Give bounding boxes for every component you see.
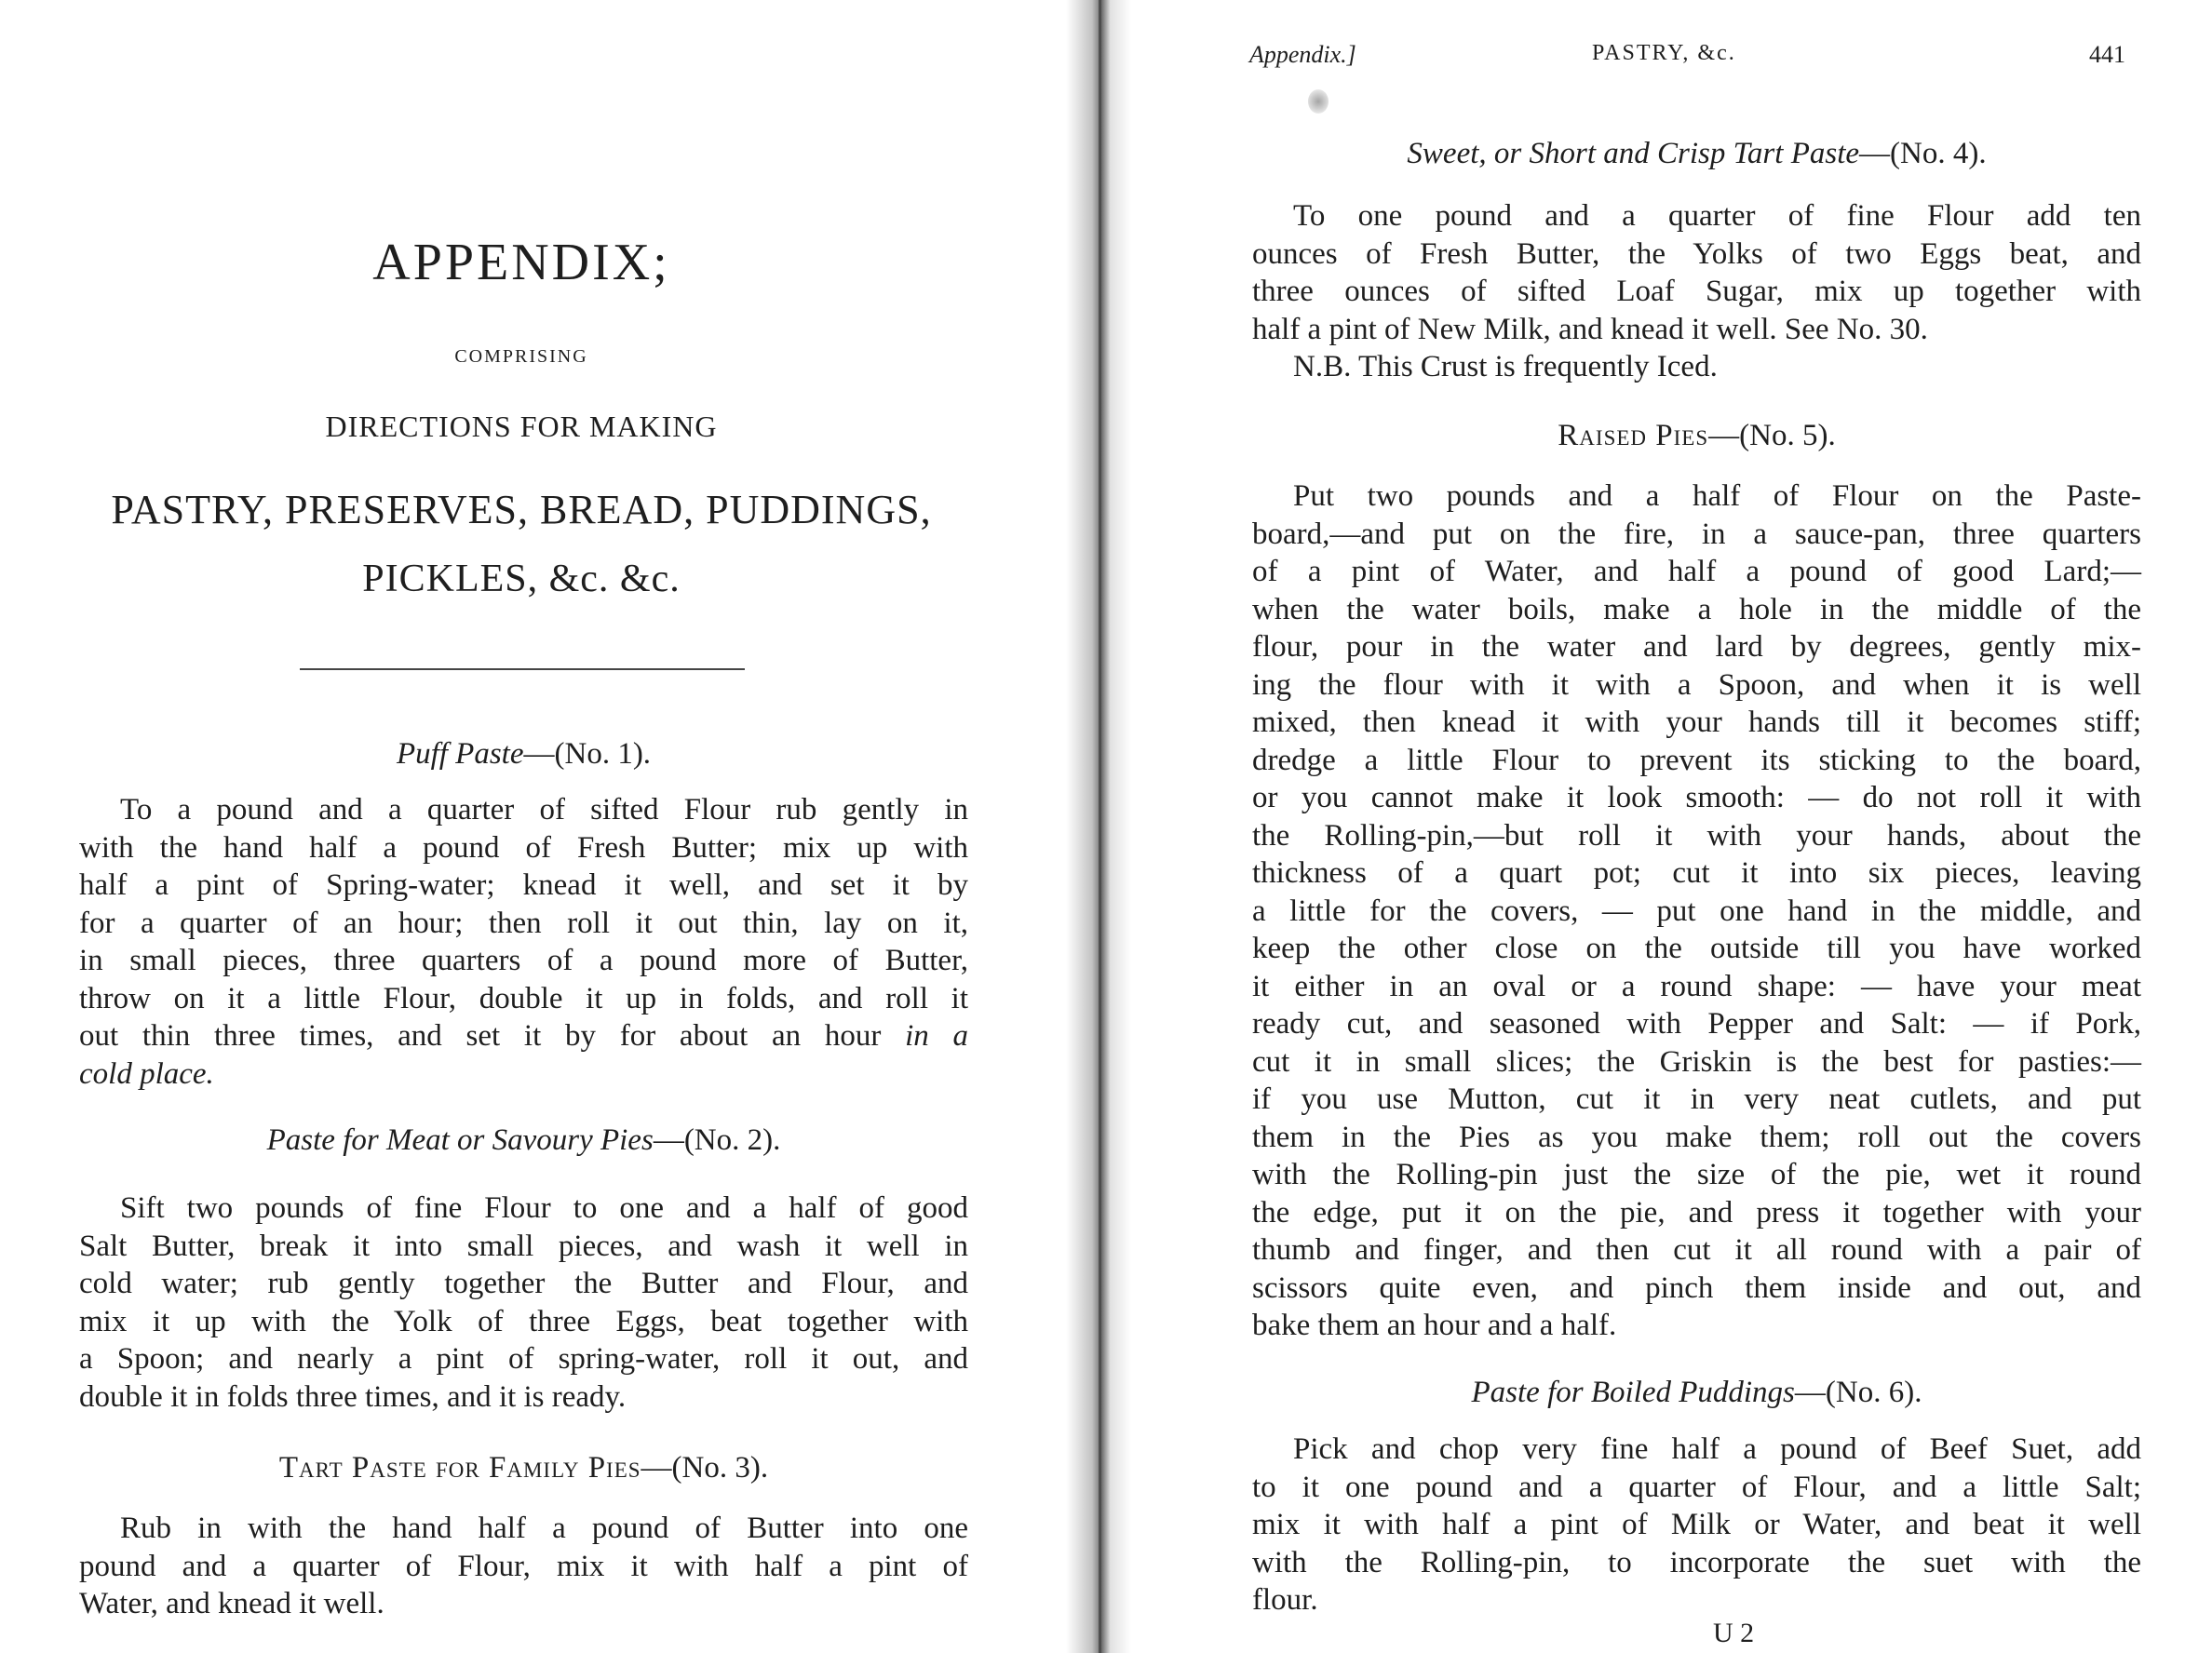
text-line: in small pieces, three quarters of a pou…: [79, 942, 968, 980]
text-line: them in the Pies as you make them; roll …: [1252, 1119, 2141, 1157]
section-number: —(No. 6).: [1795, 1376, 1922, 1409]
text-line: keep the other close on the outside till…: [1252, 930, 2141, 968]
text-line: when the water boils, make a hole in the…: [1252, 591, 2141, 629]
text-line: scissors quite even, and pinch them insi…: [1252, 1270, 2141, 1308]
section-heading-no3: Tart Paste for Family Pies—(No. 3).: [79, 1449, 968, 1486]
running-head-left: Appendix.]: [1249, 41, 1356, 69]
text-line: to it one pound and a quarter of Flour, …: [1252, 1469, 2141, 1507]
section-title: Tart Paste for Family Pies: [279, 1451, 641, 1485]
section-heading-no4: Sweet, or Short and Crisp Tart Paste—(No…: [1252, 135, 2141, 172]
text-line: bake them an hour and a half.: [1252, 1307, 2141, 1345]
text-line: with the hand half a pound of Fresh Butt…: [79, 829, 968, 867]
section-heading-no6: Paste for Boiled Puddings—(No. 6).: [1252, 1374, 2141, 1411]
section-number: —(No. 1).: [524, 737, 652, 771]
subjects-line-1: PASTRY, PRESERVES, BREAD, PUDDINGS,: [65, 486, 978, 533]
section-body-no4: To one pound and a quarter of fine Flour…: [1252, 197, 2141, 386]
text-line: it either in an oval or a round shape: —…: [1252, 968, 2141, 1006]
section-number: —(No. 4).: [1859, 137, 1987, 170]
section-heading-no2: Paste for Meat or Savoury Pies—(No. 2).: [79, 1122, 968, 1159]
comprising-label: COMPRISING: [79, 346, 964, 368]
text-line: Rub in with the hand half a pound of But…: [79, 1510, 968, 1548]
text-line: dredge a little Flour to prevent its sti…: [1252, 742, 2141, 780]
text-line: half a pint of Spring-water; knead it we…: [79, 867, 968, 905]
book-spine-line: [1099, 0, 1101, 1653]
text-line: mix it up with the Yolk of three Eggs, b…: [79, 1303, 968, 1341]
section-body-no6: Pick and chop very fine half a pound of …: [1252, 1431, 2141, 1619]
text-line: pound and a quarter of Flour, mix it wit…: [79, 1548, 968, 1586]
text-line: ounces of Fresh Butter, the Yolks of two…: [1252, 235, 2141, 274]
section-title: Paste for Meat or Savoury Pies: [267, 1123, 654, 1157]
text-line: a little for the covers, — put one hand …: [1252, 893, 2141, 931]
text-line: with the Rolling-pin just the size of th…: [1252, 1156, 2141, 1194]
text-line: for a quarter of an hour; then roll it o…: [79, 905, 968, 943]
text-line: Pick and chop very fine half a pound of …: [1252, 1431, 2141, 1469]
signature-mark: U 2: [1713, 1618, 1754, 1649]
section-title: Puff Paste: [397, 737, 524, 771]
text-line: To one pound and a quarter of fine Flour…: [1252, 197, 2141, 235]
running-head-center: PASTRY, &c.: [1592, 41, 1736, 66]
text-line: or you cannot make it look smooth: — do …: [1252, 779, 2141, 817]
text-segment: out thin three times, and set it by for …: [79, 1019, 881, 1053]
text-line: half a pint of New Milk, and knead it we…: [1252, 311, 2141, 349]
directions-subtitle: DIRECTIONS FOR MAKING: [79, 410, 964, 444]
section-title: Sweet, or Short and Crisp Tart Paste: [1407, 137, 1859, 170]
section-number: —(No. 3).: [641, 1451, 769, 1485]
text-line: of a pint of Water, and half a pound of …: [1252, 553, 2141, 591]
text-line: Sift two pounds of fine Flour to one and…: [79, 1189, 968, 1228]
text-line: Salt Butter, break it into small pieces,…: [79, 1228, 968, 1266]
section-body-no2: Sift two pounds of fine Flour to one and…: [79, 1189, 968, 1416]
ink-smudge: [1308, 89, 1329, 114]
text-line: flour.: [1252, 1581, 2141, 1619]
subjects-line-2: PICKLES, &c. &c.: [79, 557, 964, 601]
section-number: —(No. 5).: [1708, 419, 1836, 452]
text-line: cold water; rub gently together the Butt…: [79, 1265, 968, 1303]
text-line: three ounces of sifted Loaf Sugar, mix u…: [1252, 273, 2141, 311]
text-line: throw on it a little Flour, double it up…: [79, 980, 968, 1018]
text-line: Put two pounds and a half of Flour on th…: [1252, 477, 2141, 516]
text-line: ing the flour with it with a Spoon, and …: [1252, 666, 2141, 705]
text-line: the edge, put it on the pie, and press i…: [1252, 1194, 2141, 1232]
section-title: Raised Pies: [1558, 419, 1708, 452]
text-line: with the Rolling-pin, to incorporate the…: [1252, 1544, 2141, 1582]
section-body-no5: Put two pounds and a half of Flour on th…: [1252, 477, 2141, 1345]
text-line: a Spoon; and nearly a pint of spring-wat…: [79, 1340, 968, 1378]
italic-segment: in a: [905, 1019, 968, 1053]
text-line: N.B. This Crust is frequently Iced.: [1252, 348, 2141, 386]
text-line: double it in folds three times, and it i…: [79, 1378, 968, 1417]
text-line: thumb and finger, and then cut it all ro…: [1252, 1231, 2141, 1270]
appendix-title: APPENDIX;: [79, 233, 964, 292]
italic-segment: cold place.: [79, 1057, 214, 1091]
section-title: Paste for Boiled Puddings: [1472, 1376, 1795, 1409]
text-line: thickness of a quart pot; cut it into si…: [1252, 854, 2141, 893]
text-line: the Rolling-pin,—but roll it with your h…: [1252, 817, 2141, 855]
section-number: —(No. 2).: [654, 1123, 781, 1157]
section-heading-no5: Raised Pies—(No. 5).: [1252, 417, 2141, 454]
section-heading-no1: Puff Paste—(No. 1).: [79, 735, 968, 773]
text-line: mixed, then knead it with your hands til…: [1252, 704, 2141, 742]
section-body-no3: Rub in with the hand half a pound of But…: [79, 1510, 968, 1623]
text-line: board,—and put on the fire, in a sauce-p…: [1252, 516, 2141, 554]
text-line: flour, pour in the water and lard by deg…: [1252, 628, 2141, 666]
text-line: Water, and knead it well.: [79, 1585, 968, 1623]
text-line: cut it in small slices; the Griskin is t…: [1252, 1043, 2141, 1082]
text-line: out thin three times, and set it by for …: [79, 1017, 968, 1055]
text-line: To a pound and a quarter of sifted Flour…: [79, 791, 968, 829]
section-body-no1: To a pound and a quarter of sifted Flour…: [79, 791, 968, 1093]
text-line: if you use Mutton, cut it in very neat c…: [1252, 1081, 2141, 1119]
title-divider-rule: [300, 668, 745, 670]
text-line: cold place.: [79, 1055, 968, 1094]
page-number: 441: [2089, 41, 2125, 69]
text-line: ready cut, and seasoned with Pepper and …: [1252, 1005, 2141, 1043]
text-line: mix it with half a pint of Milk or Water…: [1252, 1506, 2141, 1544]
